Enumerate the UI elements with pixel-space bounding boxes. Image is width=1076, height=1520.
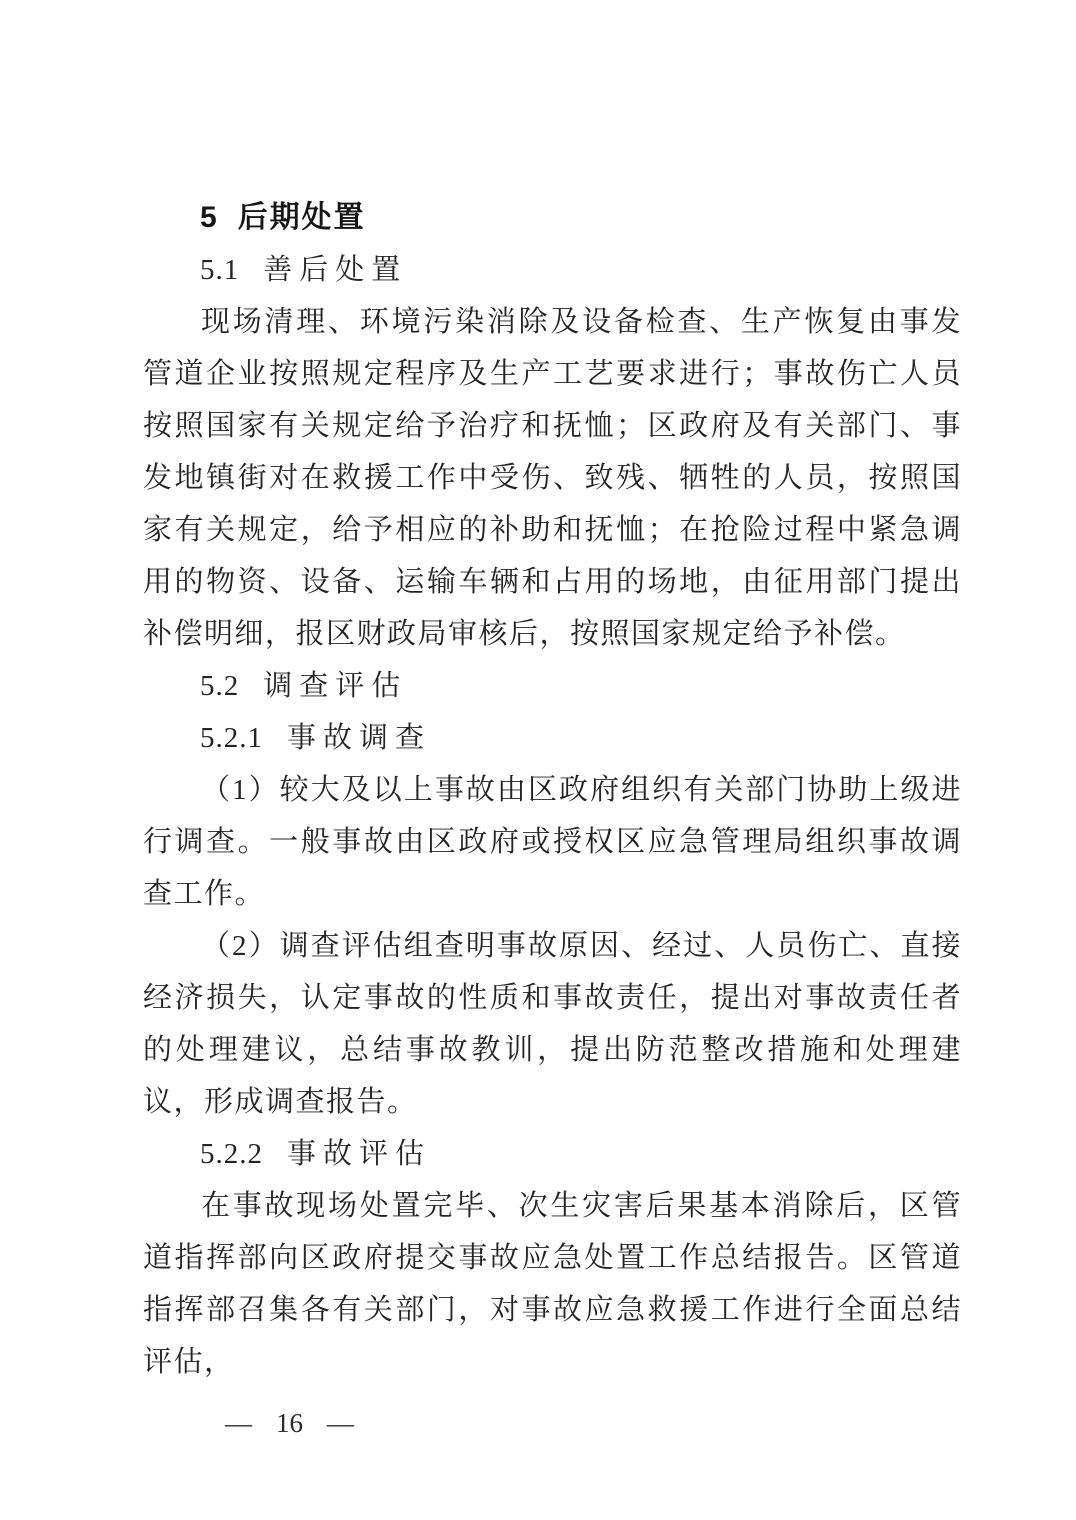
heading-section-5-2-title: 调查评估 xyxy=(263,670,407,702)
heading-section-5-number: 5 xyxy=(200,201,217,234)
heading-section-5-2: 5.2调查评估 xyxy=(143,660,962,712)
paragraph-accident-evaluation: 在事故现场处置完毕、次生灾害后果基本消除后，区管道指挥部向区政府提交事故应急处置… xyxy=(143,1180,962,1388)
paragraph-accident-investigation-1: （1）较大及以上事故由区政府组织有关部门协助上级进行调查。一般事故由区政府或授权… xyxy=(143,764,962,920)
paragraph-aftermath-disposal: 现场清理、环境污染消除及设备检查、生产恢复由事发管道企业按照规定程序及生产工艺要… xyxy=(143,296,962,660)
heading-section-5: 5后期处置 xyxy=(143,192,962,244)
heading-section-5-title: 后期处置 xyxy=(238,201,366,234)
heading-section-5-2-number: 5.2 xyxy=(200,670,239,702)
heading-section-5-2-1-title: 事故调查 xyxy=(287,722,431,754)
heading-section-5-2-2-number: 5.2.2 xyxy=(200,1138,263,1170)
page-number: 16 xyxy=(276,1403,303,1443)
heading-section-5-2-2-title: 事故评估 xyxy=(287,1138,431,1170)
heading-section-5-2-2: 5.2.2事故评估 xyxy=(143,1128,962,1180)
heading-section-5-2-1-number: 5.2.1 xyxy=(200,722,263,754)
heading-section-5-1: 5.1善后处置 xyxy=(143,244,962,296)
heading-section-5-2-1: 5.2.1事故调查 xyxy=(143,712,962,764)
document-page: 5后期处置 5.1善后处置 现场清理、环境污染消除及设备检查、生产恢复由事发管道… xyxy=(0,0,1076,1520)
footer-dash-right: — xyxy=(327,1403,354,1443)
footer-dash-left: — xyxy=(225,1403,252,1443)
page-footer: —16— xyxy=(225,1403,962,1443)
heading-section-5-1-number: 5.1 xyxy=(200,254,239,286)
paragraph-accident-investigation-2: （2）调查评估组查明事故原因、经过、人员伤亡、直接经济损失，认定事故的性质和事故… xyxy=(143,920,962,1128)
heading-section-5-1-title: 善后处置 xyxy=(263,254,407,286)
